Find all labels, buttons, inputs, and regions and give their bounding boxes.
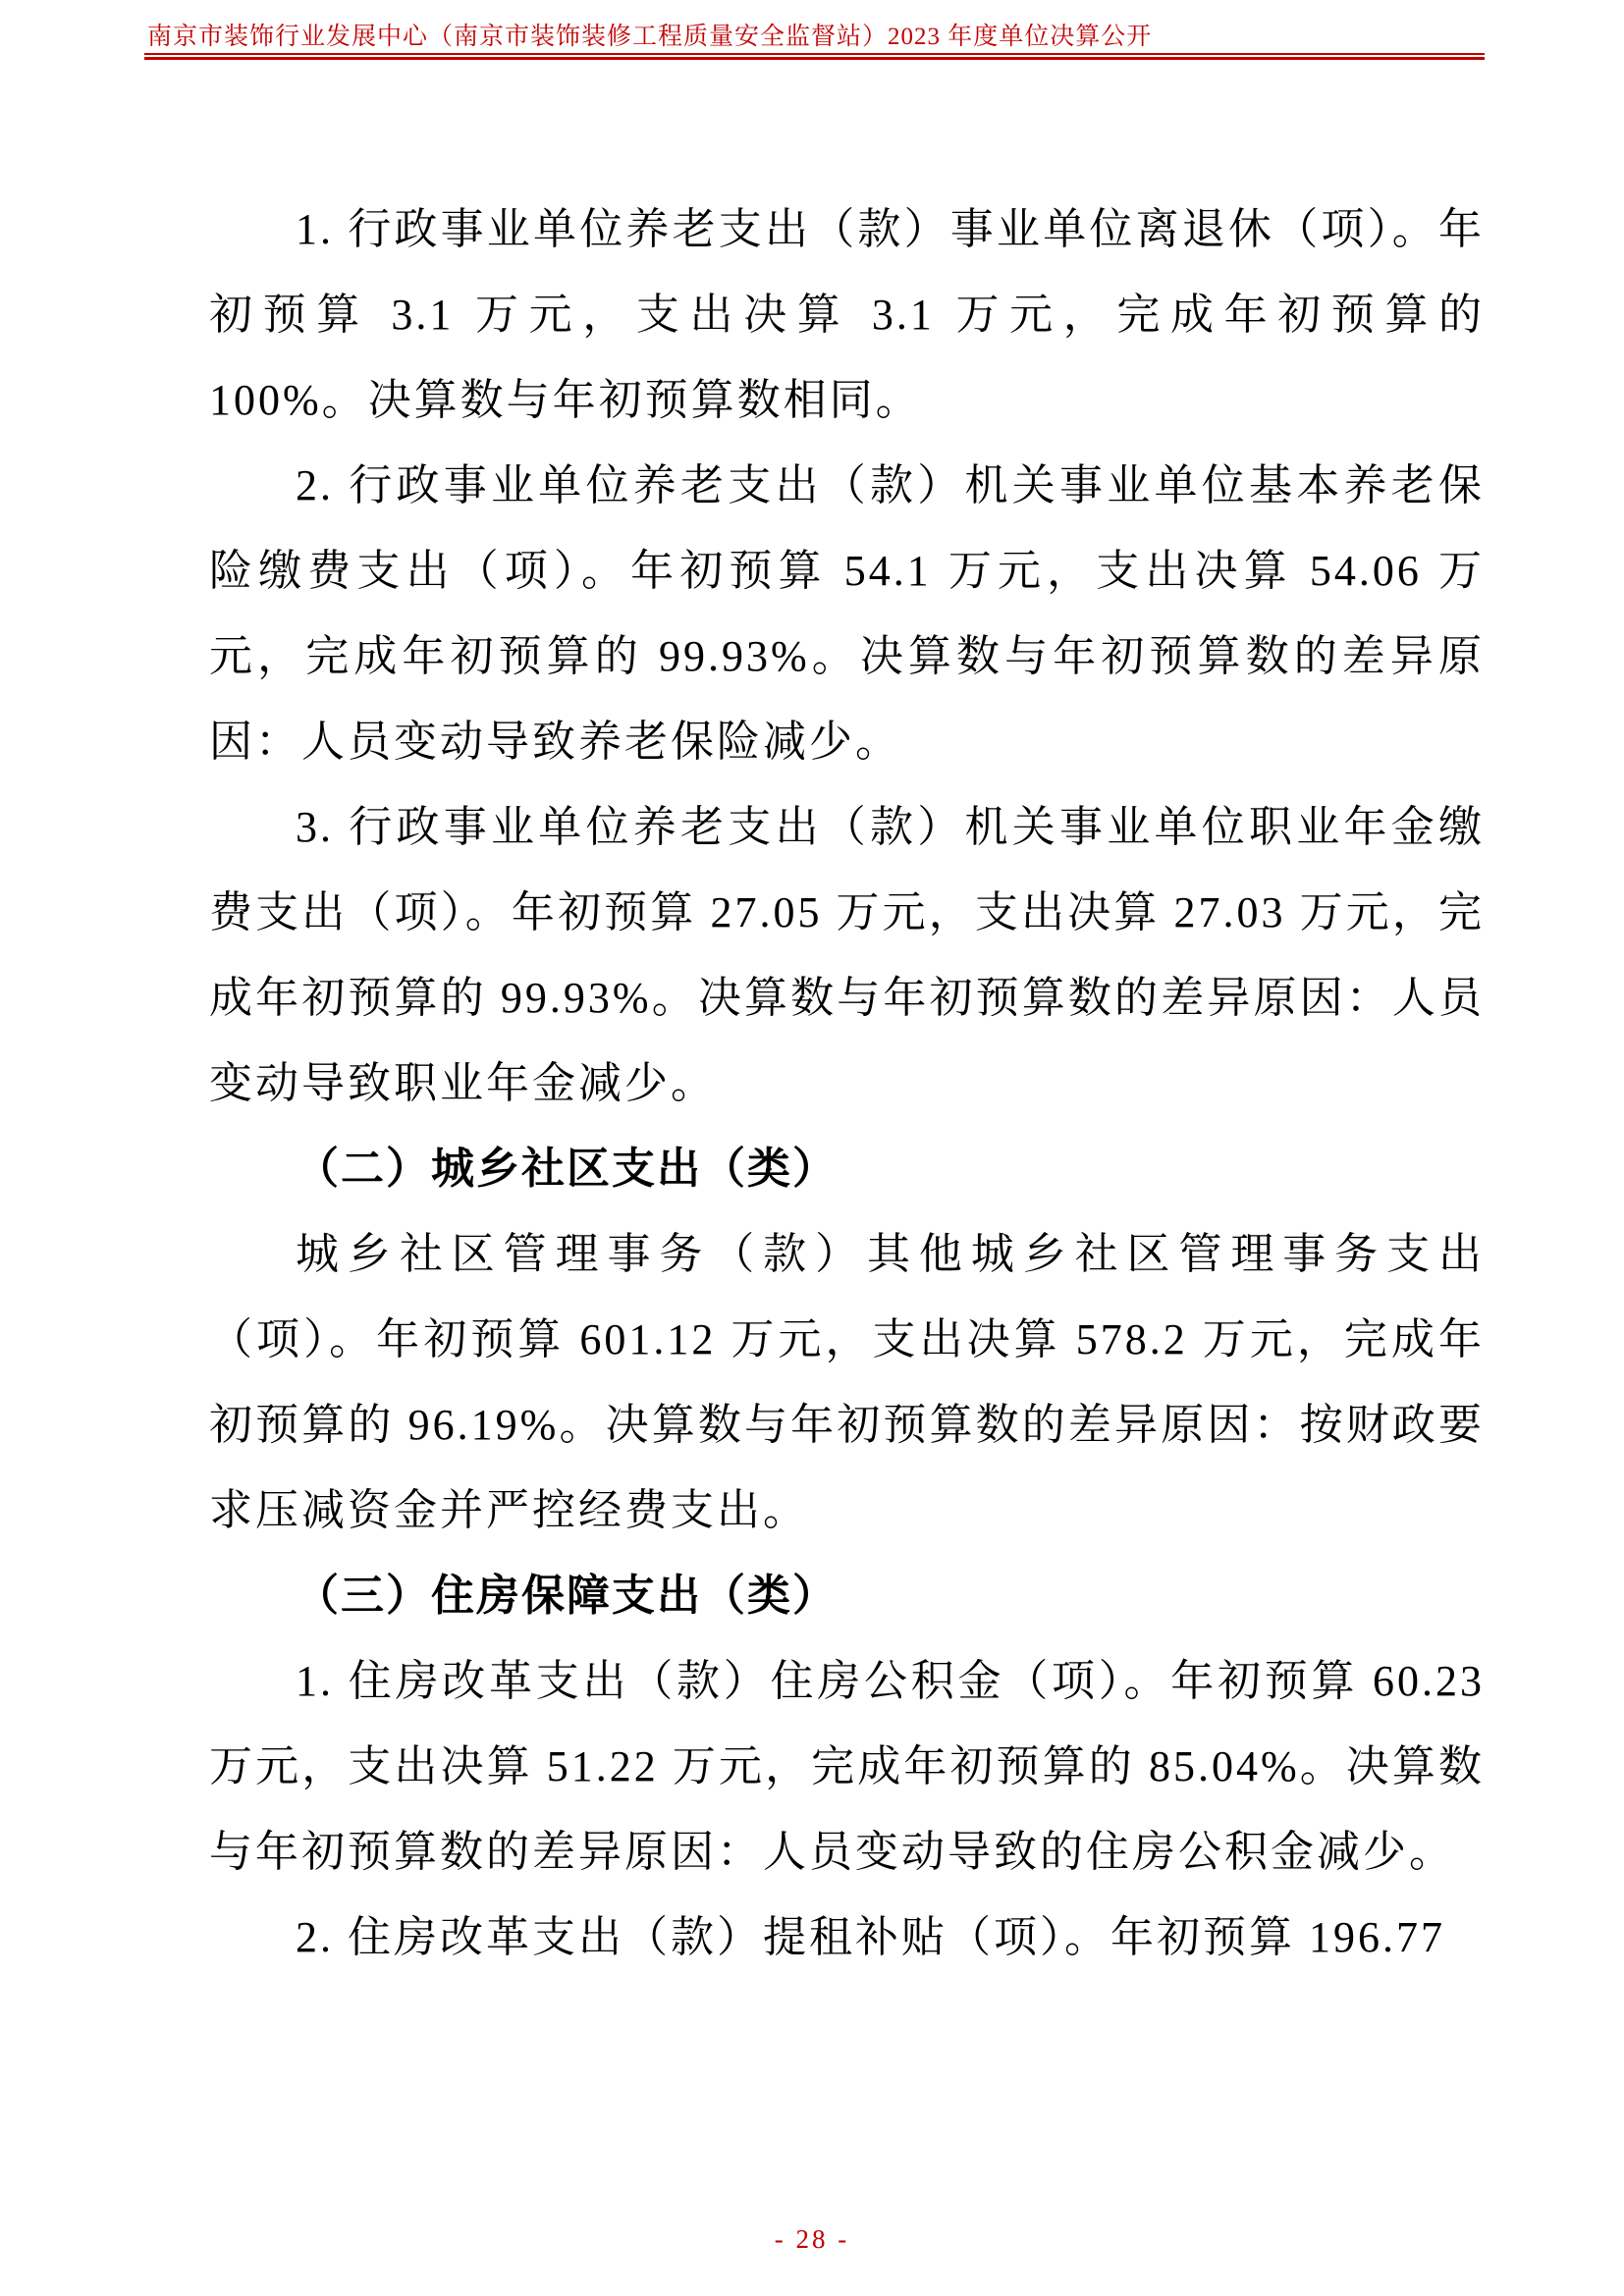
heading-housing-security: （三）住房保障支出（类）	[209, 1553, 1485, 1638]
page: 南京市装饰行业发展中心（南京市装饰装修工程质量安全监督站）2023 年度单位决算…	[0, 0, 1624, 2296]
header-rule	[144, 53, 1485, 60]
paragraph-housing-fund: 1. 住房改革支出（款）住房公积金（项）。年初预算 60.23 万元，支出决算 …	[209, 1638, 1485, 1895]
paragraph-pension-annuity: 3. 行政事业单位养老支出（款）机关事业单位职业年金缴费支出（项）。年初预算 2…	[209, 784, 1485, 1126]
paragraph-community-management: 城乡社区管理事务（款）其他城乡社区管理事务支出（项）。年初预算 601.12 万…	[209, 1211, 1485, 1553]
page-number: - 28 -	[0, 2224, 1624, 2255]
paragraph-rent-subsidy: 2. 住房改革支出（款）提租补贴（项）。年初预算 196.77	[209, 1895, 1485, 1980]
paragraph-pension-basic: 2. 行政事业单位养老支出（款）机关事业单位基本养老保险缴费支出（项）。年初预算…	[209, 443, 1485, 784]
paragraph-pension-retiree: 1. 行政事业单位养老支出（款）事业单位离退休（项）。年初预算 3.1 万元，支…	[209, 187, 1485, 443]
document-body: 1. 行政事业单位养老支出（款）事业单位离退休（项）。年初预算 3.1 万元，支…	[209, 187, 1485, 1980]
header-title: 南京市装饰行业发展中心（南京市装饰装修工程质量安全监督站）2023 年度单位决算…	[147, 22, 1152, 53]
heading-urban-rural-community: （二）城乡社区支出（类）	[209, 1126, 1485, 1211]
header-rule-thick-line	[144, 57, 1485, 60]
document-page: { "colors": { "accent_red": "#c00000", "…	[0, 0, 1624, 2296]
